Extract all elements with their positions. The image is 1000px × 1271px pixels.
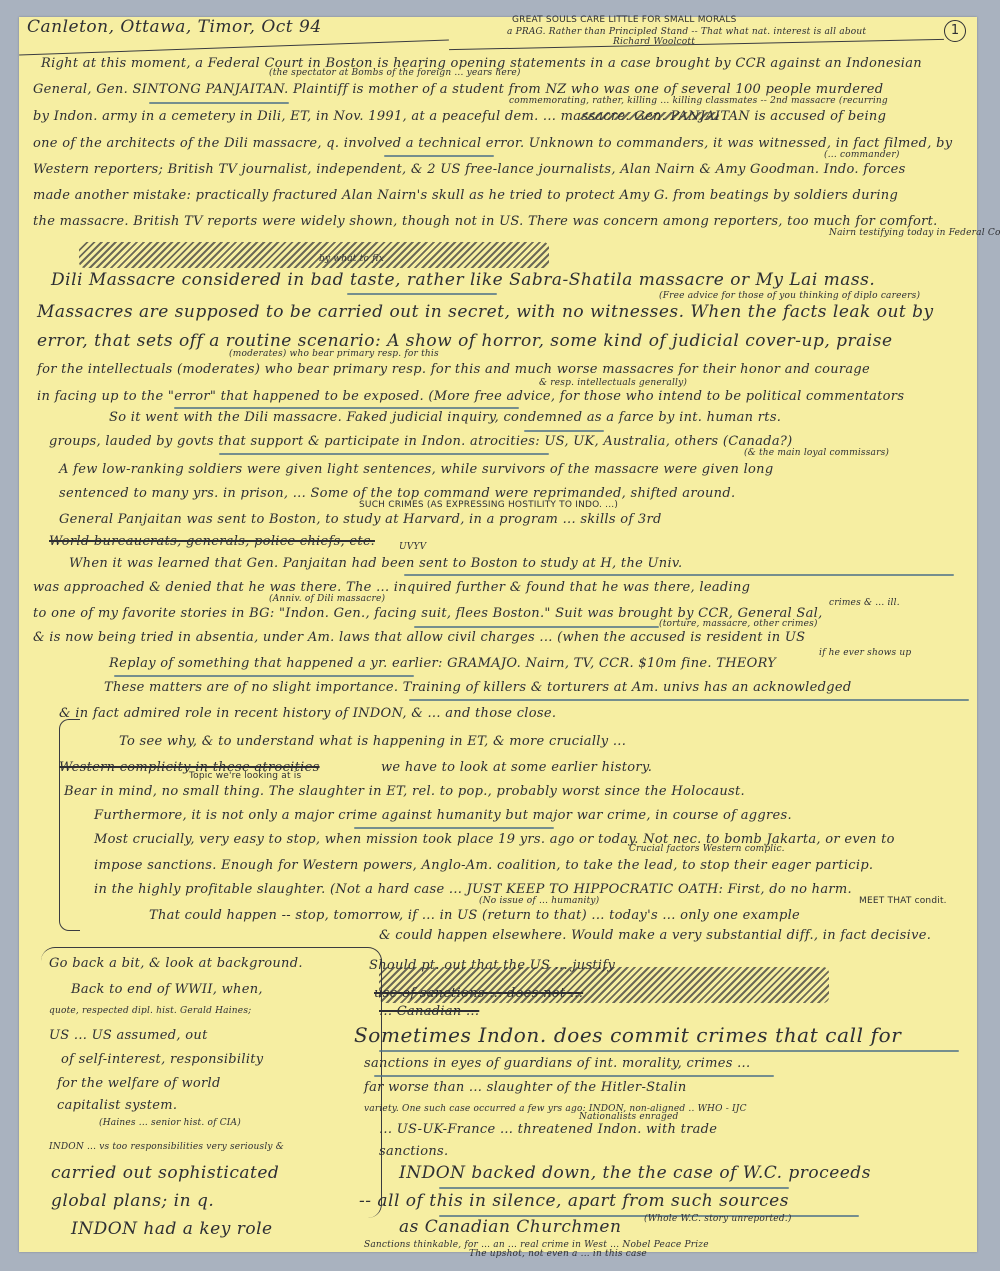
right-col-line: ... US-UK-France ... threatened Indon. w… — [379, 1123, 717, 1136]
page-number-circle: 1 — [944, 20, 966, 42]
body-line: So it went with the Dili massacre. Faked… — [109, 411, 781, 424]
interlinear-note: (the spectator at Bombs of the foreign .… — [269, 69, 521, 78]
left-col-line: INDON had a key role — [71, 1221, 273, 1238]
header-rule — [19, 39, 449, 55]
underline-error-exposed — [174, 407, 519, 409]
interlinear-note: by what to fix — [319, 255, 384, 264]
interlinear-note: (moderates) who bear primary resp. for t… — [229, 350, 439, 359]
page-header-title: Canleton, Ottawa, Timor, Oct 94 — [27, 19, 322, 36]
underline-sanctions — [374, 1075, 774, 1077]
body-line: groups, lauded by govts that support & p… — [49, 435, 793, 448]
interlinear-note: commemorating, rather, killing ... killi… — [509, 97, 888, 106]
left-col-line: capitalist system. — [57, 1099, 177, 1112]
body-line: General, Gen. SINTONG PANJAITAN. Plainti… — [33, 83, 883, 96]
interlinear-note: & resp. intellectuals generally) — [539, 379, 687, 388]
left-col-line: US ... US assumed, out — [49, 1029, 208, 1042]
body-line-struck: World bureaucrats, generals, police chie… — [49, 535, 375, 548]
body-line: General Panjaitan was sent to Boston, to… — [59, 513, 662, 526]
body-line: in facing up to the "error" that happene… — [37, 390, 904, 403]
interlinear-note: (& the main loyal commissars) — [744, 449, 889, 458]
underline-boston — [404, 574, 954, 576]
body-line: impose sanctions. Enough for Western pow… — [94, 859, 873, 872]
underline-technical-error — [384, 155, 494, 157]
right-col-line: variety. One such case occurred a few yr… — [364, 1105, 747, 1114]
underline-training — [409, 699, 969, 701]
header-quote-line2: a PRAG. Rather than Principled Stand -- … — [507, 28, 866, 37]
underline-sometimes — [379, 1050, 959, 1052]
right-col-line: sanctions in eyes of guardians of int. m… — [364, 1057, 750, 1070]
body-line: These matters are of no slight importanc… — [104, 681, 851, 694]
body-line: we have to look at some earlier history. — [381, 761, 652, 774]
body-line: was approached & denied that he was ther… — [33, 581, 750, 594]
annotation: (Whole W.C. story unreported.) — [644, 1215, 792, 1224]
underline-replay — [114, 675, 414, 677]
left-col-line: carried out sophisticated — [51, 1165, 279, 1182]
strikethrough-scribble — [579, 112, 719, 120]
underline-govts-support — [219, 453, 549, 455]
body-line: When it was learned that Gen. Panjaitan … — [69, 557, 682, 570]
interlinear-note: if he ever shows up — [819, 649, 911, 658]
underline-judicial-inquiry — [524, 430, 604, 432]
left-col-line: of self-interest, responsibility — [61, 1053, 263, 1066]
manuscript-page: Canleton, Ottawa, Timor, Oct 94 GREAT SO… — [19, 17, 977, 1252]
underline-indon-backed — [439, 1187, 789, 1189]
interlinear-note: SUCH CRIMES (AS EXPRESSING HOSTILITY TO … — [359, 501, 618, 510]
interlinear-note: (No issue of ... humanity) — [479, 897, 599, 906]
body-line: one of the architects of the Dili massac… — [33, 137, 952, 150]
body-line: sentenced to many yrs. in prison, ... So… — [59, 487, 735, 500]
header-quote-line1: GREAT SOULS CARE LITTLE FOR SMALL MORALS — [512, 16, 737, 25]
section-bracket — [59, 719, 80, 931]
right-col-line-sometimes: Sometimes Indon. does commit crimes that… — [354, 1025, 901, 1045]
body-line: error, that sets off a routine scenario:… — [37, 333, 893, 350]
right-col-line: sanctions. — [379, 1145, 448, 1158]
body-line: the massacre. British TV reports were wi… — [33, 215, 938, 228]
interlinear-note: UVYV — [399, 543, 426, 552]
body-line: To see why, & to understand what is happ… — [119, 735, 626, 748]
underline-bad-taste — [347, 293, 497, 295]
body-line: & in fact admired role in recent history… — [59, 707, 556, 720]
left-col-line: global plans; in q. — [51, 1193, 214, 1210]
left-col-line: INDON ... vs too responsibilities very s… — [49, 1143, 284, 1152]
margin-note-nairn: Nairn testifying today in Federal Court — [829, 229, 1000, 238]
right-col-line: -- all of this in silence, apart from su… — [359, 1193, 789, 1210]
interlinear-note: Crucial factors Western complic. — [629, 845, 785, 854]
interlinear-note: (Free advice for those of you thinking o… — [659, 292, 920, 301]
left-col-line: Back to end of WWII, when, — [71, 983, 263, 996]
underline-panjaitan — [149, 102, 289, 104]
interlinear-note: (Anniv. of Dili massacre) — [269, 595, 385, 604]
crossed-out-block — [79, 242, 549, 268]
body-line: That could happen -- stop, tomorrow, if … — [149, 909, 800, 922]
right-col-line-struck: ... Canadian ... — [379, 1005, 479, 1018]
body-line-dili-massacre: Dili Massacre considered in bad taste, r… — [51, 272, 875, 289]
right-col-line-struck: use of sanctions ... does not ... — [374, 987, 583, 1000]
body-line: & could happen elsewhere. Would make a v… — [379, 929, 931, 942]
body-line: made another mistake: practically fractu… — [33, 189, 898, 202]
left-col-line: Go back a bit, & look at background. — [49, 957, 303, 970]
underline-headline — [414, 626, 659, 628]
left-col-line: quote, respected dipl. hist. Gerald Hain… — [49, 1007, 251, 1016]
body-line: Bear in mind, no small thing. The slaugh… — [64, 785, 745, 798]
body-line: Western reporters; British TV journalist… — [33, 163, 906, 176]
body-line: for the intellectuals (moderates) who be… — [37, 363, 870, 376]
left-col-line: (Haines ... senior hist. of CIA) — [99, 1119, 241, 1128]
left-col-line: for the welfare of world — [57, 1077, 221, 1090]
interlinear-note: Topic we're looking at is — [189, 772, 301, 781]
right-col-line: as Canadian Churchmen — [399, 1219, 621, 1236]
body-line: by Indon. army in a cemetery in Dili, ET… — [33, 110, 886, 123]
annotation: The upshot, not even a ... in this case — [469, 1250, 647, 1259]
interlinear-note: (torture, massacre, other crimes) — [659, 620, 818, 629]
interlinear-note: MEET THAT condit. — [859, 897, 947, 906]
body-line: Replay of something that happened a yr. … — [109, 657, 776, 670]
body-line: & is now being tried in absentia, under … — [33, 631, 805, 644]
right-col-line: far worse than ... slaughter of the Hitl… — [364, 1081, 687, 1094]
interlinear-note: crimes & ... ill. — [829, 599, 900, 608]
body-line: A few low-ranking soldiers were given li… — [59, 463, 773, 476]
underline-major-crime — [354, 827, 554, 829]
annotation: Nationalists enraged — [579, 1113, 678, 1122]
quote-underline — [449, 39, 944, 50]
body-line: in the highly profitable slaughter. (Not… — [94, 883, 852, 896]
right-col-line: INDON backed down, the the case of W.C. … — [399, 1165, 871, 1182]
interlinear-note: (... commander) — [824, 151, 900, 160]
body-line: Massacres are supposed to be carried out… — [37, 304, 934, 321]
body-line: Furthermore, it is not only a major crim… — [94, 809, 792, 822]
